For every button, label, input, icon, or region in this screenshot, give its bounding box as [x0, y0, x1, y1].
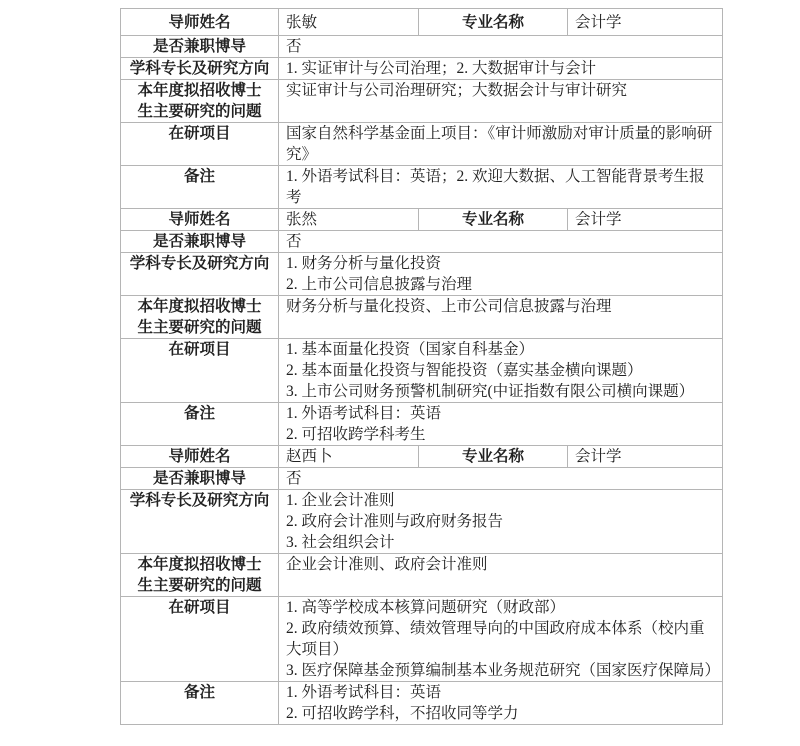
table-row: 本年度拟招收博士 生主要研究的问题 企业会计准则、政府会计准则 — [121, 554, 723, 597]
field-label-part-time: 是否兼职博导 — [121, 36, 279, 58]
table-row: 是否兼职博导 否 — [121, 36, 723, 58]
expertise-value: 1. 企业会计准则 2. 政府会计准则与政府财务报告 3. 社会组织会计 — [279, 490, 723, 554]
field-label-advisor-name: 导师姓名 — [121, 9, 279, 36]
field-label-expertise: 学科专长及研究方向 — [121, 58, 279, 80]
field-label-projects: 在研项目 — [121, 597, 279, 682]
field-label-advisor-name: 导师姓名 — [121, 446, 279, 468]
projects-value: 国家自然科学基金面上项目：《审计师激励对审计质量的影响研究》 — [279, 123, 723, 166]
table-row: 在研项目 国家自然科学基金面上项目：《审计师激励对审计质量的影响研究》 — [121, 123, 723, 166]
field-label-annual-topics: 本年度拟招收博士 生主要研究的问题 — [121, 80, 279, 123]
advisor-name-value: 张敏 — [279, 9, 419, 36]
advisor-table: 导师姓名 张敏 专业名称 会计学 是否兼职博导 否 学科专长及研究方向 1. 实… — [120, 8, 723, 725]
annual-topics-value: 财务分析与量化投资、上市公司信息披露与治理 — [279, 296, 723, 339]
field-label-major-name: 专业名称 — [419, 446, 568, 468]
expertise-value: 1. 财务分析与量化投资 2. 上市公司信息披露与治理 — [279, 253, 723, 296]
major-name-value: 会计学 — [568, 446, 723, 468]
field-label-remarks: 备注 — [121, 403, 279, 446]
field-label-advisor-name: 导师姓名 — [121, 209, 279, 231]
table-row: 是否兼职博导 否 — [121, 231, 723, 253]
advisor-name-value: 赵西卜 — [279, 446, 419, 468]
annual-topics-value: 实证审计与公司治理研究；大数据会计与审计研究 — [279, 80, 723, 123]
expertise-value: 1. 实证审计与公司治理；2. 大数据审计与会计 — [279, 58, 723, 80]
remarks-value: 1. 外语考试科目：英语；2. 欢迎大数据、人工智能背景考生报考 — [279, 166, 723, 209]
remarks-value: 1. 外语考试科目：英语 2. 可招收跨学科，不招收同等学力 — [279, 682, 723, 725]
field-label-remarks: 备注 — [121, 682, 279, 725]
advisor-header-row: 导师姓名 张然 专业名称 会计学 — [121, 209, 723, 231]
table-row: 在研项目 1. 高等学校成本核算问题研究（财政部） 2. 政府绩效预算、绩效管理… — [121, 597, 723, 682]
field-label-projects: 在研项目 — [121, 123, 279, 166]
table-row: 备注 1. 外语考试科目：英语；2. 欢迎大数据、人工智能背景考生报考 — [121, 166, 723, 209]
field-label-expertise: 学科专长及研究方向 — [121, 490, 279, 554]
table-row: 学科专长及研究方向 1. 财务分析与量化投资 2. 上市公司信息披露与治理 — [121, 253, 723, 296]
advisor-header-row: 导师姓名 张敏 专业名称 会计学 — [121, 9, 723, 36]
field-label-annual-topics: 本年度拟招收博士 生主要研究的问题 — [121, 554, 279, 597]
remarks-value: 1. 外语考试科目：英语 2. 可招收跨学科考生 — [279, 403, 723, 446]
table-row: 在研项目 1. 基本面量化投资（国家自科基金） 2. 基本面量化投资与智能投资（… — [121, 339, 723, 403]
field-label-annual-topics: 本年度拟招收博士 生主要研究的问题 — [121, 296, 279, 339]
table-row: 本年度拟招收博士 生主要研究的问题 财务分析与量化投资、上市公司信息披露与治理 — [121, 296, 723, 339]
document-page: 导师姓名 张敏 专业名称 会计学 是否兼职博导 否 学科专长及研究方向 1. 实… — [0, 8, 800, 746]
table-row: 学科专长及研究方向 1. 企业会计准则 2. 政府会计准则与政府财务报告 3. … — [121, 490, 723, 554]
table-row: 备注 1. 外语考试科目：英语 2. 可招收跨学科，不招收同等学力 — [121, 682, 723, 725]
table-row: 学科专长及研究方向 1. 实证审计与公司治理；2. 大数据审计与会计 — [121, 58, 723, 80]
projects-value: 1. 高等学校成本核算问题研究（财政部） 2. 政府绩效预算、绩效管理导向的中国… — [279, 597, 723, 682]
part-time-value: 否 — [279, 468, 723, 490]
part-time-value: 否 — [279, 36, 723, 58]
field-label-part-time: 是否兼职博导 — [121, 468, 279, 490]
field-label-remarks: 备注 — [121, 166, 279, 209]
table-row: 是否兼职博导 否 — [121, 468, 723, 490]
field-label-projects: 在研项目 — [121, 339, 279, 403]
field-label-part-time: 是否兼职博导 — [121, 231, 279, 253]
major-name-value: 会计学 — [568, 209, 723, 231]
table-row: 本年度拟招收博士 生主要研究的问题 实证审计与公司治理研究；大数据会计与审计研究 — [121, 80, 723, 123]
field-label-expertise: 学科专长及研究方向 — [121, 253, 279, 296]
field-label-major-name: 专业名称 — [419, 209, 568, 231]
major-name-value: 会计学 — [568, 9, 723, 36]
projects-value: 1. 基本面量化投资（国家自科基金） 2. 基本面量化投资与智能投资（嘉实基金横… — [279, 339, 723, 403]
advisor-name-value: 张然 — [279, 209, 419, 231]
part-time-value: 否 — [279, 231, 723, 253]
field-label-major-name: 专业名称 — [419, 9, 568, 36]
annual-topics-value: 企业会计准则、政府会计准则 — [279, 554, 723, 597]
table-row: 备注 1. 外语考试科目：英语 2. 可招收跨学科考生 — [121, 403, 723, 446]
advisor-header-row: 导师姓名 赵西卜 专业名称 会计学 — [121, 446, 723, 468]
